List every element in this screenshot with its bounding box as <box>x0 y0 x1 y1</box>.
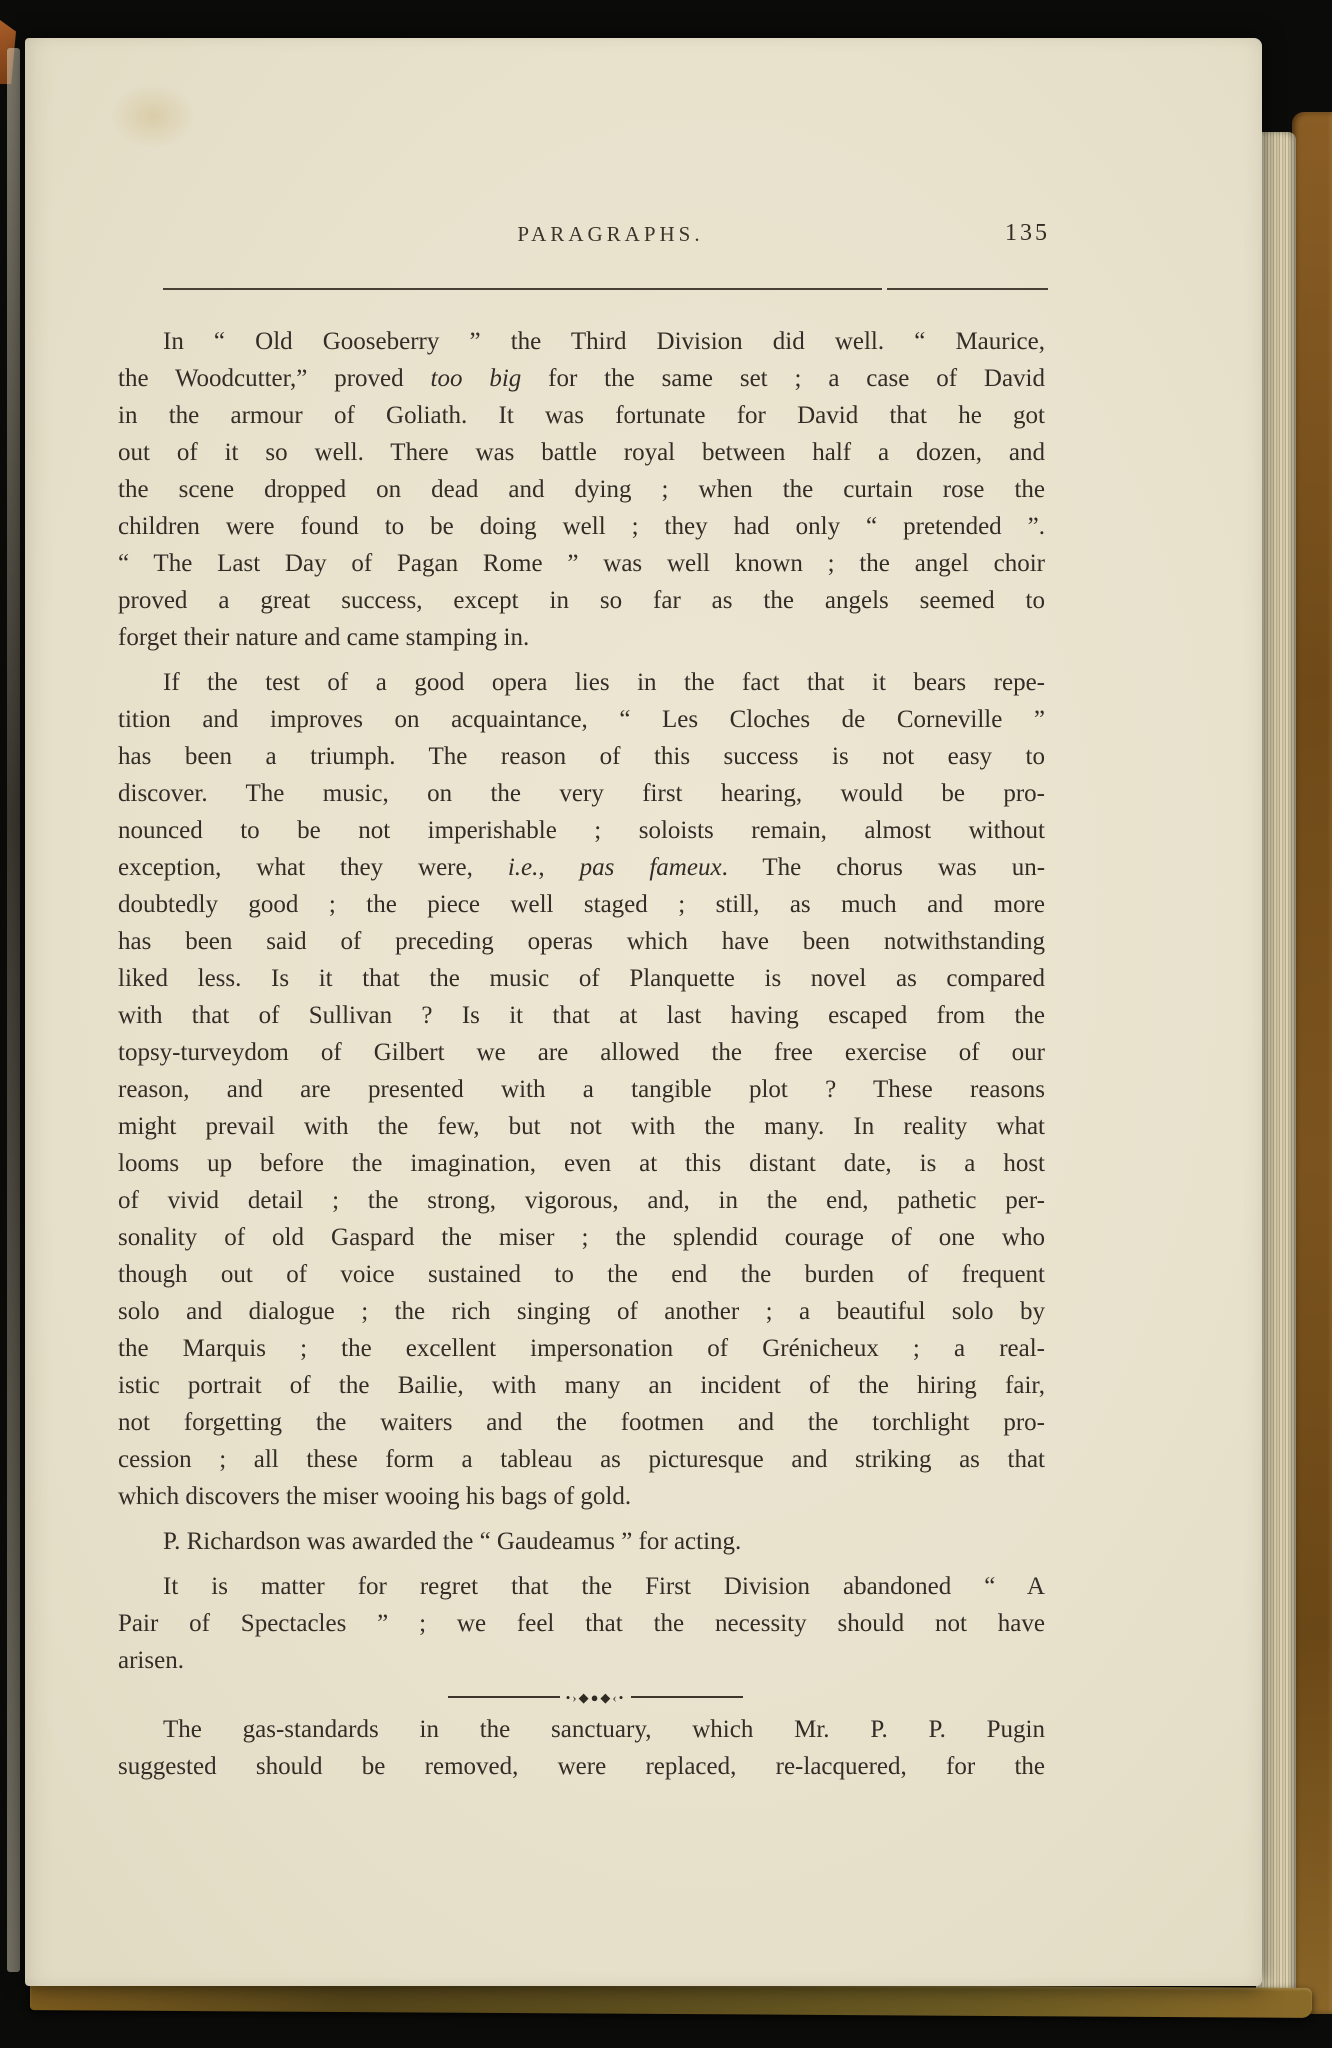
divider-rule <box>631 1696 743 1698</box>
text-line: not forgetting the waiters and the footm… <box>118 1404 1045 1441</box>
book-cover-edge <box>1292 112 1332 2014</box>
text-line: If the test of a good opera lies in the … <box>118 664 1045 701</box>
text-line: Pair of Spectacles ” ; we feel that the … <box>118 1605 1045 1642</box>
text-segment: . The chorus was un- <box>722 854 1045 881</box>
paragraph: P. Richardson was awarded the “ Gaudeamu… <box>118 1523 1045 1560</box>
text-line: The gas-standards in the sanctuary, whic… <box>118 1711 1045 1748</box>
italic-text: pas fameux <box>580 854 722 881</box>
divider-rule <box>448 1696 560 1698</box>
text-line: though out of voice sustained to the end… <box>118 1256 1045 1293</box>
book-scan: PARAGRAPHS. 135 In “ Old Gooseberry ” th… <box>0 0 1332 2048</box>
divider-ornament-icon: •›◆●◆‹• <box>566 1691 626 1704</box>
text-line: arisen. <box>118 1642 1045 1679</box>
paragraph: In “ Old Gooseberry ” the Third Division… <box>118 323 1045 656</box>
text-line: of vivid detail ; the strong, vigorous, … <box>118 1182 1045 1219</box>
text-segment: for the same set ; a case of David <box>521 365 1045 392</box>
text-line: reason, and are presented with a tangibl… <box>118 1071 1045 1108</box>
text-body: In “ Old Gooseberry ” the Third Division… <box>118 323 1045 1785</box>
text-line: tition and improves on acquaintance, “ L… <box>118 701 1045 738</box>
text-segment: , <box>538 854 579 881</box>
text-line: nounced to be not imperishable ; soloist… <box>118 812 1045 849</box>
text-line: forget their nature and came stamping in… <box>118 619 1045 656</box>
text-line: “ The Last Day of Pagan Rome ” was well … <box>118 545 1045 582</box>
text-line: In “ Old Gooseberry ” the Third Division… <box>118 323 1045 360</box>
text-line: doubtedly good ; the piece well staged ;… <box>118 886 1045 923</box>
text-segment: exception, what they were, <box>118 854 508 881</box>
text-line: istic portrait of the Bailie, with many … <box>118 1367 1045 1404</box>
text-line: the Marquis ; the excellent impersonatio… <box>118 1330 1045 1367</box>
text-line: the Woodcutter,” proved too big for the … <box>118 360 1045 397</box>
text-line: exception, what they were, i.e., pas fam… <box>118 849 1045 886</box>
text-line: in the armour of Goliath. It was fortuna… <box>118 397 1045 434</box>
text-line: sonality of old Gaspard the miser ; the … <box>118 1219 1045 1256</box>
paragraph: The gas-standards in the sanctuary, whic… <box>118 1711 1045 1785</box>
text-line: has been said of preceding operas which … <box>118 923 1045 960</box>
page-number: 135 <box>1005 220 1050 247</box>
text-line: has been a triumph. The reason of this s… <box>118 738 1045 775</box>
text-line: topsy-turveydom of Gilbert we are allowe… <box>118 1034 1045 1071</box>
text-line: discover. The music, on the very first h… <box>118 775 1045 812</box>
italic-text: i.e. <box>508 854 539 881</box>
italic-text: too big <box>431 365 522 392</box>
text-line: P. Richardson was awarded the “ Gaudeamu… <box>118 1523 1045 1560</box>
header-rule <box>163 288 882 290</box>
text-line: which discovers the miser wooing his bag… <box>118 1478 1045 1515</box>
page-stack-edge <box>1256 132 1296 1996</box>
text-line: out of it so well. There was battle roya… <box>118 434 1045 471</box>
paragraph: It is matter for regret that the First D… <box>118 1568 1045 1679</box>
text-line: looms up before the imagination, even at… <box>118 1145 1045 1182</box>
left-page-edge <box>7 48 20 1972</box>
paragraph: If the test of a good opera lies in the … <box>118 664 1045 1515</box>
text-line: It is matter for regret that the First D… <box>118 1568 1045 1605</box>
text-line: children were found to be doing well ; t… <box>118 508 1045 545</box>
text-line: suggested should be removed, were replac… <box>118 1748 1045 1785</box>
text-line: proved a great success, except in so far… <box>118 582 1045 619</box>
running-header: PARAGRAPHS. <box>147 222 1074 247</box>
text-segment: the Woodcutter,” proved <box>118 365 431 392</box>
text-line: cession ; all these form a tableau as pi… <box>118 1441 1045 1478</box>
book-page: PARAGRAPHS. 135 In “ Old Gooseberry ” th… <box>25 38 1262 1986</box>
header-rule-short <box>887 288 1048 290</box>
text-line: liked less. Is it that the music of Plan… <box>118 960 1045 997</box>
text-line: with that of Sullivan ? Is it that at la… <box>118 997 1045 1034</box>
section-divider: •›◆●◆‹• <box>446 1685 746 1709</box>
text-line: solo and dialogue ; the rich singing of … <box>118 1293 1045 1330</box>
text-line: the scene dropped on dead and dying ; wh… <box>118 471 1045 508</box>
text-line: might prevail with the few, but not with… <box>118 1108 1045 1145</box>
